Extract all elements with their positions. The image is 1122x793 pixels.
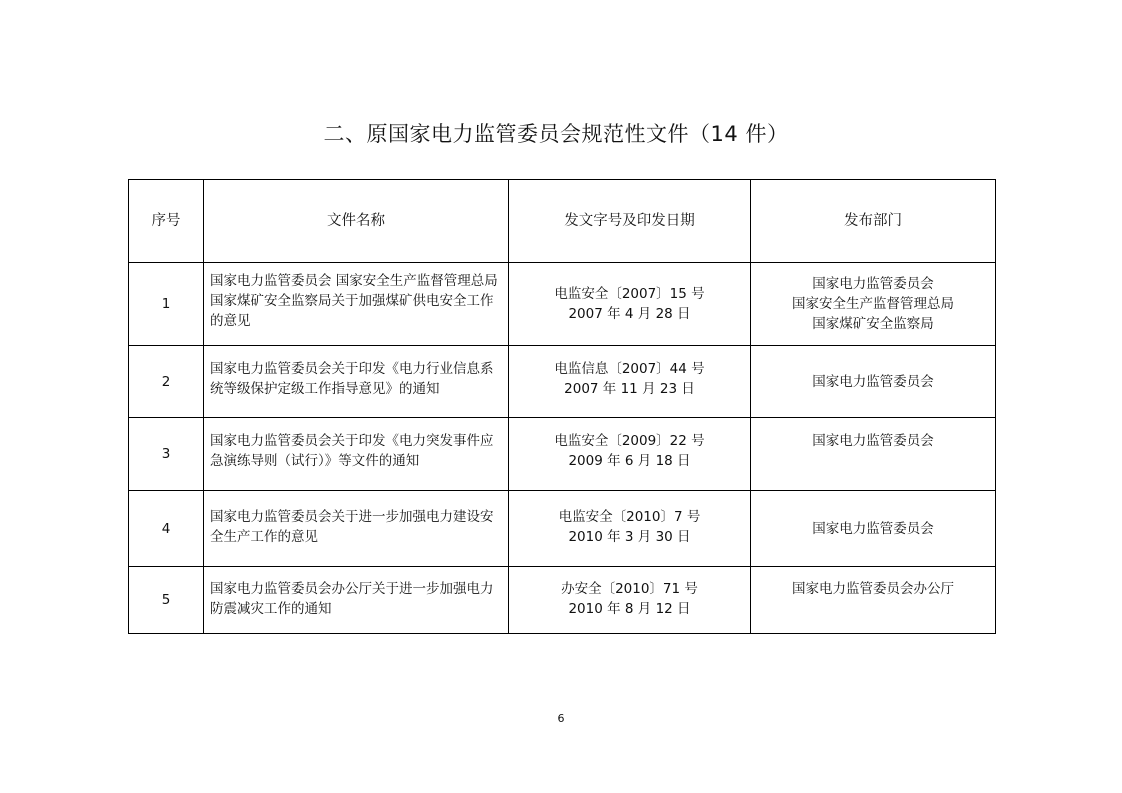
doc-name-cell: 国家电力监管委员会关于印发《电力突发事件应急演练导则（试行）》等文件的通知 (204, 418, 509, 491)
header-serial: 序号 (129, 180, 204, 263)
doc-name: 国家电力监管委员会 国家安全生产监督管理总局 国家煤矿安全监察局关于加强煤矿供电… (210, 263, 502, 331)
doc-date: 2010 年 8 月 12 日 (509, 599, 750, 619)
table-row: 5 国家电力监管委员会办公厅关于进一步加强电力防震减灾工作的通知 办安全〔201… (129, 567, 996, 634)
doc-code-cell: 电监信息〔2007〕44 号 2007 年 11 月 23 日 (509, 346, 751, 418)
department: 国家煤矿安全监察局 (751, 314, 995, 334)
header-doc-name: 文件名称 (204, 180, 509, 263)
row-number: 2 (129, 346, 204, 418)
department-cell: 国家电力监管委员会 (751, 418, 996, 491)
doc-name: 国家电力监管委员会办公厅关于进一步加强电力防震减灾工作的通知 (210, 567, 502, 619)
doc-name-cell: 国家电力监管委员会关于进一步加强电力建设安全生产工作的意见 (204, 491, 509, 567)
department: 国家电力监管委员会 (751, 372, 995, 392)
doc-name: 国家电力监管委员会关于印发《电力突发事件应急演练导则（试行）》等文件的通知 (210, 418, 502, 471)
department-cell: 国家电力监管委员会办公厅 (751, 567, 996, 634)
doc-code: 电监安全〔2010〕7 号 (509, 507, 750, 527)
doc-name: 国家电力监管委员会关于印发《电力行业信息系统等级保护定级工作指导意见》的通知 (210, 346, 502, 399)
row-number: 3 (129, 418, 204, 491)
doc-date: 2007 年 4 月 28 日 (509, 304, 750, 324)
department-cell: 国家电力监管委员会 国家安全生产监督管理总局 国家煤矿安全监察局 (751, 263, 996, 346)
table-header-row: 序号 文件名称 发文字号及印发日期 发布部门 (129, 180, 996, 263)
table-row: 4 国家电力监管委员会关于进一步加强电力建设安全生产工作的意见 电监安全〔201… (129, 491, 996, 567)
department: 国家安全生产监督管理总局 (751, 294, 995, 314)
row-number: 5 (129, 567, 204, 634)
doc-code-cell: 电监安全〔2009〕22 号 2009 年 6 月 18 日 (509, 418, 751, 491)
doc-name-cell: 国家电力监管委员会 国家安全生产监督管理总局 国家煤矿安全监察局关于加强煤矿供电… (204, 263, 509, 346)
doc-name-cell: 国家电力监管委员会关于印发《电力行业信息系统等级保护定级工作指导意见》的通知 (204, 346, 509, 418)
table-row: 2 国家电力监管委员会关于印发《电力行业信息系统等级保护定级工作指导意见》的通知… (129, 346, 996, 418)
doc-code: 电监信息〔2007〕44 号 (509, 359, 750, 379)
page-number: 6 (0, 712, 1122, 725)
department-cell: 国家电力监管委员会 (751, 346, 996, 418)
department: 国家电力监管委员会办公厅 (751, 579, 995, 599)
page-title: 二、原国家电力监管委员会规范性文件（14 件） (0, 118, 1112, 148)
doc-code: 电监安全〔2007〕15 号 (509, 284, 750, 304)
department: 国家电力监管委员会 (751, 519, 995, 539)
row-number: 1 (129, 263, 204, 346)
header-doc-code-date: 发文字号及印发日期 (509, 180, 751, 263)
doc-date: 2010 年 3 月 30 日 (509, 527, 750, 547)
documents-table: 序号 文件名称 发文字号及印发日期 发布部门 1 国家电力监管委员会 国家安全生… (128, 179, 996, 634)
row-number: 4 (129, 491, 204, 567)
doc-date: 2009 年 6 月 18 日 (509, 451, 750, 471)
doc-code-cell: 电监安全〔2010〕7 号 2010 年 3 月 30 日 (509, 491, 751, 567)
doc-code: 办安全〔2010〕71 号 (509, 579, 750, 599)
table-row: 3 国家电力监管委员会关于印发《电力突发事件应急演练导则（试行）》等文件的通知 … (129, 418, 996, 491)
header-department: 发布部门 (751, 180, 996, 263)
department-cell: 国家电力监管委员会 (751, 491, 996, 567)
doc-name-cell: 国家电力监管委员会办公厅关于进一步加强电力防震减灾工作的通知 (204, 567, 509, 634)
doc-code-cell: 办安全〔2010〕71 号 2010 年 8 月 12 日 (509, 567, 751, 634)
department: 国家电力监管委员会 (751, 274, 995, 294)
doc-code: 电监安全〔2009〕22 号 (509, 431, 750, 451)
department: 国家电力监管委员会 (751, 431, 995, 451)
doc-name: 国家电力监管委员会关于进一步加强电力建设安全生产工作的意见 (210, 491, 502, 547)
doc-date: 2007 年 11 月 23 日 (509, 379, 750, 399)
doc-code-cell: 电监安全〔2007〕15 号 2007 年 4 月 28 日 (509, 263, 751, 346)
table-row: 1 国家电力监管委员会 国家安全生产监督管理总局 国家煤矿安全监察局关于加强煤矿… (129, 263, 996, 346)
